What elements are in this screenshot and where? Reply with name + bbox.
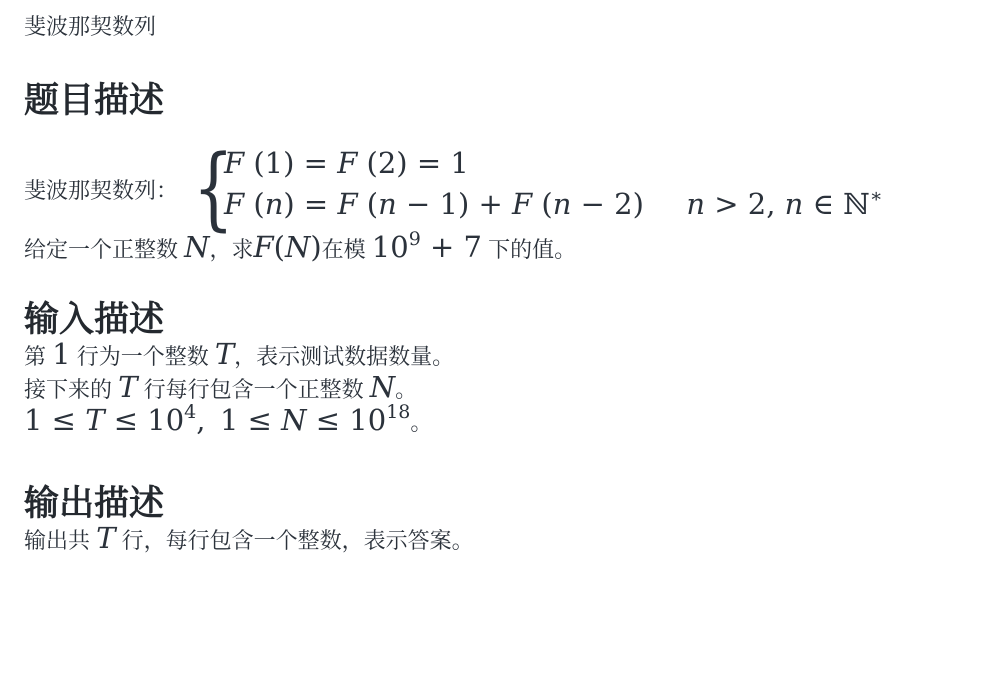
text-segment: (: [274, 230, 285, 264]
text-segment: 。: [395, 377, 417, 402]
text-segment: − 1) +: [397, 187, 512, 221]
text-segment: 在模: [322, 237, 372, 262]
text-segment: (2) = 1: [357, 146, 468, 180]
text-segment: T: [85, 403, 104, 437]
text-segment: ≤ 10: [307, 403, 387, 437]
text-segment: n: [378, 187, 397, 221]
text-segment: 行为一个整数: [71, 344, 215, 369]
formula-recurrence: F (n) = F (n − 1) + F (n − 2): [224, 201, 644, 218]
text-segment: 输出共: [24, 528, 96, 553]
text-segment: 1: [52, 337, 70, 371]
text-segment: ，表示测试数据数量。: [234, 344, 454, 369]
problem-statement: 斐波那契数列 题目描述 斐波那契数列： { F (1) = F (2) = 1 …: [0, 0, 1008, 557]
input-constraints: 1 ≤ T ≤ 104, 1 ≤ N ≤ 1018。: [24, 406, 984, 439]
text-segment: n: [553, 187, 572, 221]
formula-condition: n > 2, n ∈ ℕ∗: [686, 201, 882, 218]
text-segment: ≤ 10: [105, 403, 185, 437]
input-line-1: 第 1 行为一个整数 T，表示测试数据数量。: [24, 340, 984, 373]
output-line-1: 输出共 T 行，每行包含一个整数，表示答案。: [24, 524, 984, 557]
text-segment: 行每行包含一个正整数: [137, 377, 369, 402]
text-segment: 4: [184, 401, 196, 423]
text-segment: n: [785, 187, 804, 221]
text-segment: (1) =: [244, 146, 337, 180]
text-segment: 。: [410, 410, 432, 435]
text-segment: F: [512, 187, 532, 221]
text-segment: N: [281, 403, 306, 437]
formula-case-recursive: F (n) = F (n − 1) + F (n − 2) n > 2, n ∈…: [224, 189, 883, 230]
text-segment: ) =: [283, 187, 337, 221]
text-segment: T: [215, 337, 234, 371]
formula-cases: F (1) = F (2) = 1 F (n) = F (n − 1) + F …: [224, 148, 883, 230]
formula-case-base: F (1) = F (2) = 1: [224, 148, 883, 189]
text-segment: (: [358, 187, 379, 221]
text-segment: T: [96, 521, 115, 555]
text-segment: T: [118, 370, 137, 404]
text-segment: (: [244, 187, 265, 221]
description-given-line: 给定一个正整数 N，求F(N)在模 109 + 7 下的值。: [24, 233, 984, 266]
input-line-2: 接下来的 T 行每行包含一个正整数 N。: [24, 373, 984, 406]
text-segment: ): [310, 230, 321, 264]
text-segment: ∈ ℕ: [803, 187, 869, 221]
left-curly-brace: {: [193, 147, 217, 231]
text-segment: 行，每行包含一个整数，表示答案。: [115, 528, 473, 553]
text-segment: 下的值。: [482, 237, 576, 262]
formula-label: 斐波那契数列：: [24, 174, 178, 205]
text-segment: N: [370, 370, 395, 404]
text-segment: 1 ≤: [24, 403, 85, 437]
text-segment: 接下来的: [24, 377, 118, 402]
problem-title: 斐波那契数列: [24, 10, 984, 43]
text-segment: F: [337, 187, 357, 221]
text-segment: ∗: [870, 185, 883, 207]
section-heading-input: 输入描述: [24, 300, 984, 340]
section-heading-output: 输出描述: [24, 484, 984, 524]
text-segment: 10: [372, 230, 409, 264]
text-segment: + 7: [421, 230, 482, 264]
text-segment: 9: [409, 228, 421, 250]
text-segment: 给定一个正整数: [24, 237, 184, 262]
text-segment: 18: [386, 401, 410, 423]
text-segment: 第: [24, 344, 52, 369]
text-segment: − 2): [571, 187, 644, 221]
text-segment: F: [337, 146, 357, 180]
text-segment: (: [532, 187, 553, 221]
text-segment: n: [686, 187, 705, 221]
fibonacci-definition-formula: 斐波那契数列： { F (1) = F (2) = 1 F (n) = F (n…: [24, 145, 984, 233]
text-segment: n: [265, 187, 284, 221]
text-segment: ,: [196, 403, 220, 437]
text-segment: N: [285, 230, 310, 264]
text-segment: 1 ≤: [220, 403, 281, 437]
text-segment: F: [254, 230, 274, 264]
section-heading-description: 题目描述: [24, 81, 984, 121]
text-segment: > 2,: [705, 187, 785, 221]
